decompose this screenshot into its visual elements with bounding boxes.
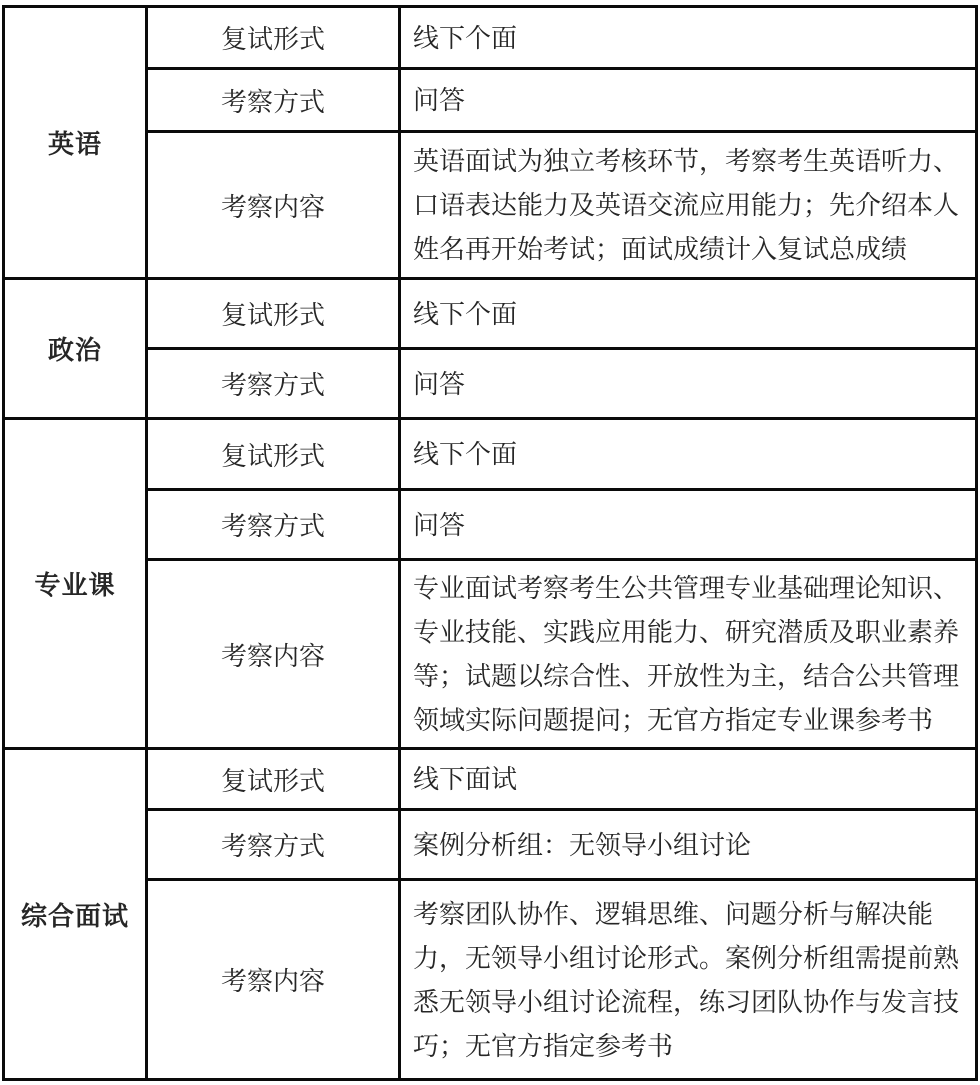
category-cell-comprehensive-interview: 综合面试 — [4, 749, 147, 1080]
table-row: 考察方式 问答 — [4, 69, 977, 132]
table-row: 英语 复试形式 线下个面 — [4, 7, 977, 69]
comprehensive-content-value: 考察团队协作、逻辑思维、问题分析与解决能力，无领导小组讨论形式。案例分析组需提前… — [400, 880, 977, 1080]
category-cell-english: 英语 — [4, 7, 147, 279]
table-row: 政治 复试形式 线下个面 — [4, 279, 977, 349]
table-row: 考察内容 考察团队协作、逻辑思维、问题分析与解决能力，无领导小组讨论形式。案例分… — [4, 880, 977, 1080]
comprehensive-format-value: 线下面试 — [400, 749, 977, 810]
comprehensive-format-label: 复试形式 — [147, 749, 400, 810]
category-cell-major-course: 专业课 — [4, 419, 147, 749]
politics-format-value: 线下个面 — [400, 279, 977, 349]
english-method-value: 问答 — [400, 69, 977, 132]
english-content-value: 英语面试为独立考核环节，考察考生英语听力、口语表达能力及英语交流应用能力；先介绍… — [400, 132, 977, 279]
major-content-value: 专业面试考察考生公共管理专业基础理论知识、专业技能、实践应用能力、研究潜质及职业… — [400, 560, 977, 749]
major-format-label: 复试形式 — [147, 419, 400, 490]
category-cell-politics: 政治 — [4, 279, 147, 419]
table-row: 考察方式 问答 — [4, 349, 977, 419]
table-row: 专业课 复试形式 线下个面 — [4, 419, 977, 490]
english-format-label: 复试形式 — [147, 7, 400, 69]
interview-review-table: 英语 复试形式 线下个面 考察方式 问答 考察内容 英语面试为独立考核环节，考察… — [2, 5, 978, 1081]
major-method-label: 考察方式 — [147, 490, 400, 560]
comprehensive-content-label: 考察内容 — [147, 880, 400, 1080]
table-row: 考察方式 问答 — [4, 490, 977, 560]
politics-format-label: 复试形式 — [147, 279, 400, 349]
table-row: 考察方式 案例分析组：无领导小组讨论 — [4, 810, 977, 880]
politics-method-value: 问答 — [400, 349, 977, 419]
english-content-label: 考察内容 — [147, 132, 400, 279]
major-content-label: 考察内容 — [147, 560, 400, 749]
politics-method-label: 考察方式 — [147, 349, 400, 419]
major-format-value: 线下个面 — [400, 419, 977, 490]
table-row: 综合面试 复试形式 线下面试 — [4, 749, 977, 810]
english-format-value: 线下个面 — [400, 7, 977, 69]
comprehensive-method-value: 案例分析组：无领导小组讨论 — [400, 810, 977, 880]
table-row: 考察内容 英语面试为独立考核环节，考察考生英语听力、口语表达能力及英语交流应用能… — [4, 132, 977, 279]
comprehensive-method-label: 考察方式 — [147, 810, 400, 880]
english-method-label: 考察方式 — [147, 69, 400, 132]
major-method-value: 问答 — [400, 490, 977, 560]
table-row: 考察内容 专业面试考察考生公共管理专业基础理论知识、专业技能、实践应用能力、研究… — [4, 560, 977, 749]
